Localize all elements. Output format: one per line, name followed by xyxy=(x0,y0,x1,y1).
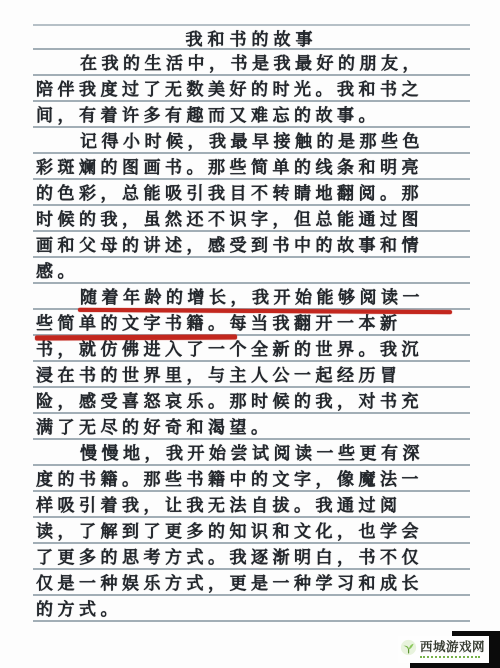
text-line: 感。 xyxy=(33,258,470,284)
text-line: 些简单的文字书籍。每当我翻开一本新 xyxy=(33,310,470,336)
sprout-icon xyxy=(400,639,417,661)
watermark-tagline-dots xyxy=(420,656,480,658)
text-line: 彩斑斓的图画书。那些简单的线条和明亮 xyxy=(33,154,470,180)
text-line: 的方式。 xyxy=(33,596,470,622)
text-line: 间，有着许多有趣而又难忘的故事。 xyxy=(33,102,470,128)
text-line: 读，了解到了更多的知识和文化，也学会 xyxy=(33,518,470,544)
text-line: 样吸引着我，让我无法自拔。我通过阅 xyxy=(33,492,470,518)
text-line: 仅是一种娱乐方式，更是一种学习和成长 xyxy=(33,570,470,596)
text-line: 满了无尽的好奇和渴望。 xyxy=(33,414,470,440)
text-line: 陪伴我度过了无数美好的时光。我和书之 xyxy=(33,76,470,102)
text-line: 时候的我，虽然还不识字，但总能通过图 xyxy=(33,206,470,232)
text-line: 的色彩，总能吸引我目不转睛地翻阅。那 xyxy=(33,180,470,206)
text-line: 险，感受喜怒哀乐。那时候的我，对书充 xyxy=(33,388,470,414)
text-line: 记得小时候，我最早接触的是那些色 xyxy=(33,128,470,154)
text-line: 在我的生活中，书是我最好的朋友， xyxy=(33,50,470,76)
text-line: 画和父母的讲述，感受到书中的故事和情 xyxy=(33,232,470,258)
ruled-sheet: 我和书的故事 在我的生活中，书是我最好的朋友，陪伴我度过了无数美好的时光。我和书… xyxy=(33,24,470,622)
scanned-essay-page: 我和书的故事 在我的生活中，书是我最好的朋友，陪伴我度过了无数美好的时光。我和书… xyxy=(0,0,500,668)
red-underline-2 xyxy=(35,334,237,340)
text-line: 了更多的思考方式。我逐渐明白，书不仅 xyxy=(33,544,470,570)
text-line: 随着年龄的增长，我开始能够阅读一 xyxy=(33,284,470,310)
watermark-badge: 西城游戏网 xyxy=(398,636,489,663)
text-line: 度的书籍。那些书籍中的文字，像魔法一 xyxy=(33,466,470,492)
text-line: 慢慢地，我开始尝试阅读一些更有深 xyxy=(33,440,470,466)
essay-title: 我和书的故事 xyxy=(33,24,470,50)
text-line: 浸在书的世界里，与主人公一起经历冒 xyxy=(33,362,470,388)
watermark-site-name: 西城游戏网 xyxy=(420,641,485,654)
